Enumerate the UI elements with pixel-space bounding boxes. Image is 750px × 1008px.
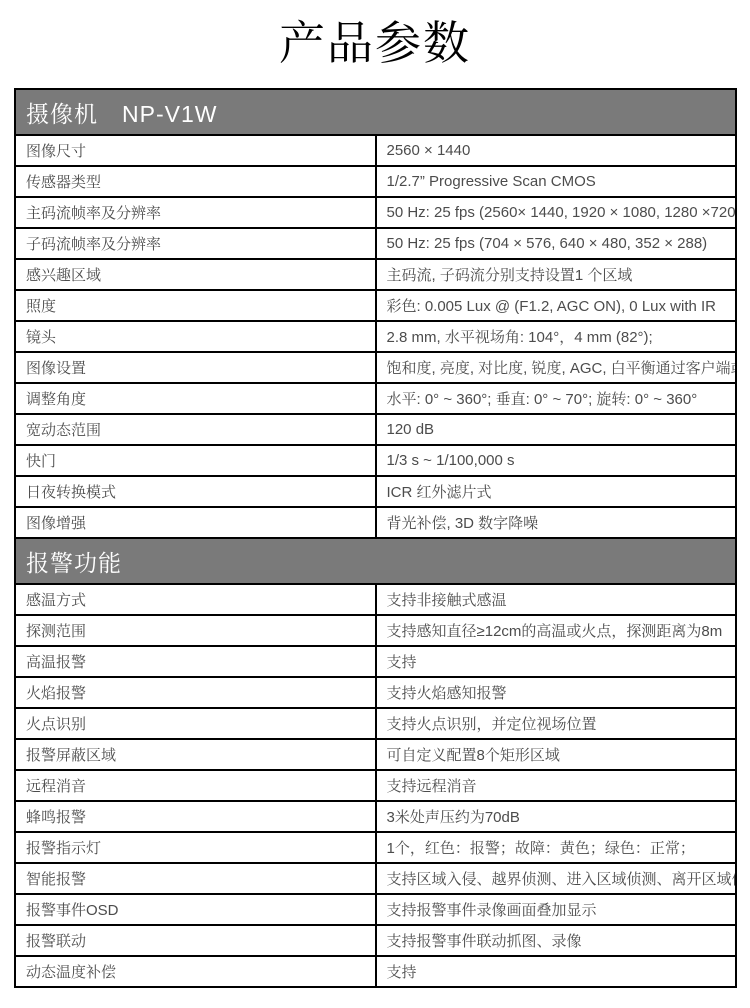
spec-label: 报警屏蔽区域: [15, 739, 376, 770]
spec-row: 火点识别支持火点识别，并定位视场位置: [15, 708, 736, 739]
spec-value: 支持火焰感知报警: [376, 677, 737, 708]
spec-value: 50 Hz: 25 fps (704 × 576, 640 × 480, 352…: [376, 228, 737, 259]
spec-row: 报警事件OSD支持报警事件录像画面叠加显示: [15, 894, 736, 925]
spec-row: 调整角度水平: 0° ~ 360°; 垂直: 0° ~ 70°; 旋转: 0° …: [15, 383, 736, 414]
spec-row: 报警指示灯1个，红色：报警；故障：黄色；绿色：正常；: [15, 832, 736, 863]
spec-value: 主码流, 子码流分别支持设置1 个区域: [376, 259, 737, 290]
spec-value: 2.8 mm, 水平视场角: 104°，4 mm (82°);: [376, 321, 737, 352]
spec-row: 日夜转换模式ICR 红外滤片式: [15, 476, 736, 507]
spec-value: 50 Hz: 25 fps (2560× 1440, 1920 × 1080, …: [376, 197, 737, 228]
spec-label: 图像设置: [15, 352, 376, 383]
spec-value: 背光补偿, 3D 数字降噪: [376, 507, 737, 538]
spec-table-body: 摄像机 NP-V1W图像尺寸2560 × 1440传感器类型1/2.7” Pro…: [15, 89, 736, 987]
spec-value: 3米处声压约为70dB: [376, 801, 737, 832]
spec-label: 蜂鸣报警: [15, 801, 376, 832]
spec-label: 报警指示灯: [15, 832, 376, 863]
spec-label: 快门: [15, 445, 376, 476]
spec-label: 感兴趣区域: [15, 259, 376, 290]
spec-label: 子码流帧率及分辨率: [15, 228, 376, 259]
spec-value: 120 dB: [376, 414, 737, 445]
spec-label: 镜头: [15, 321, 376, 352]
spec-value: 支持非接触式感温: [376, 584, 737, 615]
spec-row: 高温报警支持: [15, 646, 736, 677]
spec-label: 火焰报警: [15, 677, 376, 708]
spec-value: ICR 红外滤片式: [376, 476, 737, 507]
spec-label: 感温方式: [15, 584, 376, 615]
spec-row: 感兴趣区域主码流, 子码流分别支持设置1 个区域: [15, 259, 736, 290]
spec-row: 主码流帧率及分辨率50 Hz: 25 fps (2560× 1440, 1920…: [15, 197, 736, 228]
spec-row: 快门1/3 s ~ 1/100,000 s: [15, 445, 736, 476]
spec-label: 图像尺寸: [15, 135, 376, 166]
spec-label: 主码流帧率及分辨率: [15, 197, 376, 228]
spec-label: 报警事件OSD: [15, 894, 376, 925]
spec-label: 动态温度补偿: [15, 956, 376, 987]
spec-row: 图像尺寸2560 × 1440: [15, 135, 736, 166]
spec-value: 1/2.7” Progressive Scan CMOS: [376, 166, 737, 197]
spec-table: 摄像机 NP-V1W图像尺寸2560 × 1440传感器类型1/2.7” Pro…: [14, 88, 737, 988]
spec-label: 宽动态范围: [15, 414, 376, 445]
section-header: 摄像机 NP-V1W: [15, 89, 736, 135]
spec-label: 智能报警: [15, 863, 376, 894]
spec-value: 1个，红色：报警；故障：黄色；绿色：正常；: [376, 832, 737, 863]
product-spec-page: 产品参数 摄像机 NP-V1W图像尺寸2560 × 1440传感器类型1/2.7…: [0, 0, 750, 1008]
spec-value: 饱和度, 亮度, 对比度, 锐度, AGC, 白平衡通过客户端或者浏览器可调: [376, 352, 737, 383]
spec-row: 镜头2.8 mm, 水平视场角: 104°，4 mm (82°);: [15, 321, 736, 352]
spec-label: 探测范围: [15, 615, 376, 646]
spec-value: 水平: 0° ~ 360°; 垂直: 0° ~ 70°; 旋转: 0° ~ 36…: [376, 383, 737, 414]
spec-label: 报警联动: [15, 925, 376, 956]
spec-label: 调整角度: [15, 383, 376, 414]
spec-value: 可自定义配置8个矩形区域: [376, 739, 737, 770]
spec-label: 传感器类型: [15, 166, 376, 197]
spec-row: 子码流帧率及分辨率50 Hz: 25 fps (704 × 576, 640 ×…: [15, 228, 736, 259]
section-header: 报警功能: [15, 538, 736, 584]
spec-row: 报警联动支持报警事件联动抓图、录像: [15, 925, 736, 956]
spec-row: 探测范围支持感知直径≥12cm的高温或火点，探测距离为8m: [15, 615, 736, 646]
spec-value: 支持区域入侵、越界侦测、进入区域侦测、离开区域侦测、场景变更侦测: [376, 863, 737, 894]
spec-row: 蜂鸣报警3米处声压约为70dB: [15, 801, 736, 832]
spec-value: 支持报警事件联动抓图、录像: [376, 925, 737, 956]
spec-value: 支持远程消音: [376, 770, 737, 801]
spec-label: 高温报警: [15, 646, 376, 677]
spec-value: 彩色: 0.005 Lux @ (F1.2, AGC ON), 0 Lux wi…: [376, 290, 737, 321]
spec-label: 火点识别: [15, 708, 376, 739]
spec-value: 2560 × 1440: [376, 135, 737, 166]
spec-row: 智能报警支持区域入侵、越界侦测、进入区域侦测、离开区域侦测、场景变更侦测: [15, 863, 736, 894]
spec-value: 支持感知直径≥12cm的高温或火点，探测距离为8m: [376, 615, 737, 646]
section-header-row: 报警功能: [15, 538, 736, 584]
spec-value: 支持火点识别，并定位视场位置: [376, 708, 737, 739]
spec-label: 照度: [15, 290, 376, 321]
spec-value: 支持报警事件录像画面叠加显示: [376, 894, 737, 925]
spec-row: 宽动态范围120 dB: [15, 414, 736, 445]
page-title: 产品参数: [0, 0, 750, 88]
spec-row: 报警屏蔽区域可自定义配置8个矩形区域: [15, 739, 736, 770]
spec-row: 传感器类型1/2.7” Progressive Scan CMOS: [15, 166, 736, 197]
spec-row: 照度彩色: 0.005 Lux @ (F1.2, AGC ON), 0 Lux …: [15, 290, 736, 321]
spec-row: 火焰报警支持火焰感知报警: [15, 677, 736, 708]
spec-value: 1/3 s ~ 1/100,000 s: [376, 445, 737, 476]
spec-row: 感温方式支持非接触式感温: [15, 584, 736, 615]
spec-label: 远程消音: [15, 770, 376, 801]
spec-row: 动态温度补偿支持: [15, 956, 736, 987]
spec-value: 支持: [376, 646, 737, 677]
section-header-row: 摄像机 NP-V1W: [15, 89, 736, 135]
spec-row: 图像设置饱和度, 亮度, 对比度, 锐度, AGC, 白平衡通过客户端或者浏览器…: [15, 352, 736, 383]
spec-label: 图像增强: [15, 507, 376, 538]
spec-row: 远程消音支持远程消音: [15, 770, 736, 801]
spec-row: 图像增强背光补偿, 3D 数字降噪: [15, 507, 736, 538]
spec-value: 支持: [376, 956, 737, 987]
spec-label: 日夜转换模式: [15, 476, 376, 507]
